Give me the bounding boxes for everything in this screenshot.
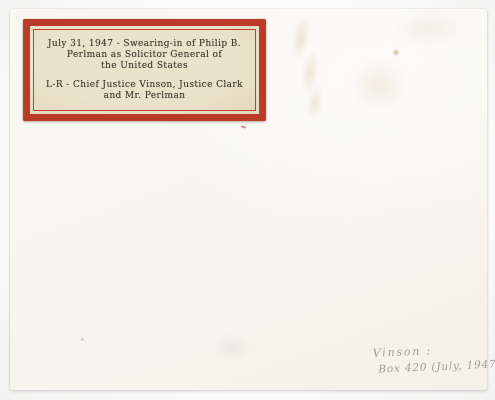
red-ink-speck <box>241 125 246 128</box>
stain-streak-top <box>288 13 314 63</box>
caption-names-block: L-R - Chief Justice Vinson, Justice Clar… <box>34 80 255 102</box>
stain-streak-middle <box>299 48 321 97</box>
caption-line-4: L-R - Chief Justice Vinson, Justice Clar… <box>34 80 255 91</box>
caption-line-5: and Mr. Perlman <box>34 91 255 102</box>
caption-line-1: July 31, 1947 - Swearing-in of Philip B. <box>34 39 255 50</box>
photo-back-card: July 31, 1947 - Swearing-in of Philip B.… <box>10 9 487 390</box>
stain-streak-bottom <box>305 84 325 122</box>
caption-label-mat: July 31, 1947 - Swearing-in of Philip B.… <box>30 26 259 114</box>
caption-line-2: Perlman as Solicitor General of <box>34 50 255 61</box>
stain-patch <box>348 57 410 113</box>
stain-top-right <box>393 10 465 48</box>
caption-label-inner: July 31, 1947 - Swearing-in of Philip B.… <box>33 29 256 111</box>
scan-background: July 31, 1947 - Swearing-in of Philip B.… <box>0 0 495 400</box>
caption-label: July 31, 1947 - Swearing-in of Philip B.… <box>23 19 266 121</box>
smudge-bottom <box>213 335 251 359</box>
speck <box>81 338 84 341</box>
caption-line-3: the United States <box>34 61 255 72</box>
pencil-annotation: Vinson : Box 420 (July, 1947) <box>372 339 495 379</box>
caption-event-block: July 31, 1947 - Swearing-in of Philip B.… <box>34 39 255 72</box>
stain-dot <box>392 49 400 56</box>
